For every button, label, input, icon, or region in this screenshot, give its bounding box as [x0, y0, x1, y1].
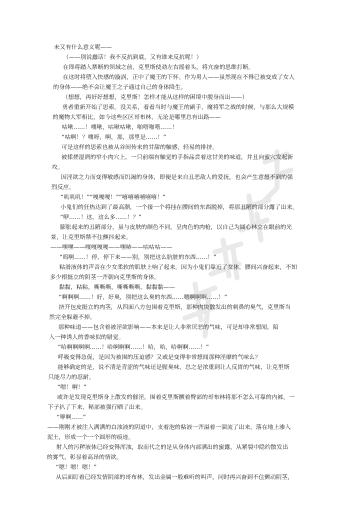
text-line: 咕啾……！噗啾，咕啾咕啾，啪嗒啪嗒……！	[52, 122, 299, 132]
text-line: 的雾气，彰显着高昂的情欲。	[47, 452, 294, 462]
text-line: 射入的污秽液体已经变得浑浊，取而代之的是从身体内部满出的蜜露，从紧裂中隐约散发出	[47, 442, 294, 452]
paragraph: 能够确定的是，说不清是青涩的气味还是腥臭味，总之是浓重到让人反胃的气味，让克里斯…	[48, 362, 295, 382]
text-line: 景，让克里斯禁不住颤抖起来。	[51, 232, 298, 242]
text-line: 从后面盯着已经发情阴部的哥布林，发出金属一般难听的叫声，同时再兴奋到不住颤动阴茎…	[46, 472, 293, 482]
text-line: 在即将踏入禁断的领域之前，克里斯使劲左右摇着头，将亢奋的思维打断。	[53, 62, 300, 72]
text-line: 因淫欲之力而变得敏感而饥渴的身体，即便是来自丑恶敌人的爱抚，也会产生意想不到的强	[52, 172, 299, 182]
text-line: 能够确定的是，说不清是青涩的气味还是腥臭味，总之是浓重到让人反胃的气味，让克里斯	[48, 362, 295, 372]
paragraph: “叽叽叽！”“嘎嘎嘎！”“嘻嘻嘻嘻嘻嘻！”	[51, 192, 298, 202]
text-line: 泥土，形成一个一个圆形的痕迹。	[47, 432, 294, 442]
text-line: 只能尽力的忍耐。	[48, 372, 295, 382]
paragraph: 膨胀起来的丑陋部分，虽与皮肤的颜色不同，呈肉色的肉枪，以自己为圆心林立在眼前的光…	[51, 222, 298, 242]
paragraph: 挤开包皮挺立的肉茎，从四面八方包围着克里斯，那种肉块散发出的刺鼻的臭气，克里斯当…	[49, 302, 296, 322]
paragraph: 呼吸变得急促，是因为被围的压迫感？又或是变得非常想闻那种淫靡的气味么？	[48, 352, 295, 362]
text-line: ——刚刚才被注入满满的白浊液的阴道中，支着泡的粘液一齐溢着一溜流了出来，落在地上…	[47, 422, 294, 432]
text-line: 然完全躲避不掉。	[49, 312, 296, 322]
paragraph: 勇者重新开始了思索。没关系，看看当时与魔王的副手，魔将军之战的时候，与那么大规模…	[53, 102, 300, 122]
text-line: 呼吸变得急促，是因为被围的压迫感？又或是变得非常想闻那种淫靡的气味么？	[48, 352, 295, 362]
paragraph: ——刚刚才被注入满满的白浊液的阴道中，支着泡的粘液一齐溢着一溜流了出来，落在地上…	[47, 422, 294, 442]
paragraph: “咿啊……”	[47, 412, 294, 422]
paragraph: 小鬼们的狂热达到了最高潮，一个接一个将挂在腰间的东西脱掉，将那丑陋的部分露了出来…	[51, 202, 298, 212]
text-line: 在这时将堕入快感的漩涡，正中了魔王的下怀。作为男人——虽然现在不得已被变成了女人	[53, 72, 300, 82]
text-line: 多少根挺立的阴茎一齐朝向克里斯的身体。	[50, 272, 297, 282]
text-line: “咿……！这，这么多……！？”	[51, 212, 298, 222]
paragraph: （——别说蠢话！我不反抗到底，又有谁来反抗呢！）	[54, 52, 301, 62]
text-line: “嗯！啊！”	[48, 382, 295, 392]
text-line: “啊啊啊……！好，好臭，别把这么臭的东西……嗯啊啊啊……！”	[49, 292, 296, 302]
paragraph: 粘滑液体的声音在少女柔软的肌肤上响了起来。因为小鬼们靠近了女体，腰间兴奋起来，不…	[50, 262, 297, 282]
paragraph: “嗯！啊！”	[48, 382, 295, 392]
text-line: “嗯！嗯！嗯！”	[46, 462, 293, 472]
paragraph: 在即将踏入禁断的领域之前，克里斯使劲左右摇着头，将亢奋的思维打断。	[53, 62, 300, 72]
text-line: 的身体——绝不会让魔王之子通过自己的身体降生。	[53, 82, 300, 92]
text-line: 黏黏，粘粘，嘶嘶嘶，嘶嘶嘶嘶，黏黏黏——	[50, 282, 297, 292]
paragraph: “咿……！这，这么多……！？”	[51, 212, 298, 222]
text-line: ——嘿嘿——嘎嘎嘎嘎——嘿哧——咕咕咕——	[50, 242, 297, 252]
text-line: “咕啊！？噗呀，啊，那，那里是……！”	[52, 132, 299, 142]
text-line: 攻。	[52, 162, 299, 172]
paragraph: 从后面盯着已经发情阴部的哥布林，发出金属一般难听的叫声，同时再兴奋到不住颤动阴茎…	[46, 472, 293, 482]
paragraph: 那种味道——包含着被淫欲影响——本来是让人非常厌恶的气味，可是却非常想闻，陷 入…	[49, 322, 296, 342]
text-line: “哈啊啊啊啊……！哈啊啊啊……！哈，哈，哈啊啊……！”	[49, 342, 296, 352]
text-line: 烈反应。	[51, 182, 298, 192]
text-line: “叽叽叽！”“嘎嘎嘎！”“嘻嘻嘻嘻嘻嘻！”	[51, 192, 298, 202]
document-page: 未又有什么意义呢—— （——别说蠢话！我不反抗到底，又有谁来反抗呢！） 在即将踏…	[46, 42, 301, 482]
text-line: 粘滑液体的声音在少女柔软的肌肤上响了起来。因为小鬼们靠近了女体，腰间兴奋起来，不…	[50, 262, 297, 272]
paragraph: 因淫欲之力而变得敏感而饥渴的身体，即便是来自丑恶敌人的爱抚，也会产生意想不到的强…	[51, 172, 298, 192]
text-line: 或许是发现克里斯身上散发的催淫，围着克里斯撅着臀部的哥布林将那不怎么可靠的内裤，…	[48, 392, 295, 402]
text-line: （——别说蠢话！我不反抗到底，又有谁来反抗呢！）	[54, 52, 301, 62]
text-line: 入一种诱人的香味似的错觉。	[49, 332, 296, 342]
paragraph: ——嘿嘿——嘎嘎嘎嘎——嘿哧——咕咕咕——	[50, 242, 297, 252]
text-line: 膨胀起来的丑陋部分，虽与皮肤的颜色不同，呈肉色的肉枪，以自己为圆心林立在眼前的光	[51, 222, 298, 232]
text-line: 勇者重新开始了思索。没关系，看看当时与魔王的副手，魔将军之战的时候，与那么大规模	[53, 102, 300, 112]
text-line: 被揉搓湿润的窄小肉穴上，一只前端有触觉的手指品尝着这甘美的味道，并且向蜜穴发起新	[52, 152, 299, 162]
paragraph: 在这时将堕入快感的漩涡，正中了魔王的下怀。作为男人——虽然现在不得已被变成了女人…	[53, 72, 300, 92]
paragraph: 未又有什么意义呢——	[54, 42, 301, 52]
paragraph: 咕啾……！噗啾，咕啾咕啾，啪嗒啪嗒……！	[52, 122, 299, 132]
text-line: 那种味道——包含着被淫欲影响——本来是让人非常厌恶的气味，可是却非常想闻，陷	[49, 322, 296, 332]
text-line: 可是这样的思索也被从谷间传来的甘甜的触感，轻易的排挤。	[52, 142, 299, 152]
paragraph: “咕啊！？噗呀，啊，那，那里是……！”	[52, 132, 299, 142]
paragraph: 射入的污秽液体已经变得浑浊，取而代之的是从身体内部满出的蜜露，从紧裂中隐约散发出…	[47, 442, 294, 462]
paragraph: “嗯！嗯！嗯！”	[46, 462, 293, 472]
text-line: “咿啊……”	[47, 412, 294, 422]
text-line: 小鬼们的狂热达到了最高潮，一个接一个将挂在腰间的东西脱掉，将那丑陋的部分露了出来…	[51, 202, 298, 212]
paragraph: 或许是发现克里斯身上散发的催淫，围着克里斯撅着臀部的哥布林将那不怎么可靠的内裤，…	[48, 392, 295, 412]
text-line: “呜啊……！停，停下来——别，别把这么肮脏的东西……！”	[50, 252, 297, 262]
text-line: 挤开包皮挺立的肉茎，从四面八方包围着克里斯，那种肉块散发出的刺鼻的臭气，克里斯当	[49, 302, 296, 312]
paragraph: “哈啊啊啊啊……！哈啊啊啊……！哈，哈，哈啊啊……！”	[49, 342, 296, 352]
paragraph: 可是这样的思索也被从谷间传来的甘甜的触感，轻易的排挤。	[52, 142, 299, 152]
text-line: 未又有什么意义呢——	[54, 42, 301, 52]
paragraph: “啊啊啊……！好，好臭，别把这么臭的东西……嗯啊啊啊……！”	[49, 292, 296, 302]
text-line: 下子扒了下来，秘部被强行晒了出来。	[48, 402, 295, 412]
paragraph: “呜啊……！停，停下来——别，别把这么肮脏的东西……！”	[50, 252, 297, 262]
text-line: （想想，再好好想想，克里斯！怎样才能从这样的困境中脱身而出——）	[53, 92, 300, 102]
text-line: 的魔物大军相比，如今这些区区哥布林，无论是哪里总有出路——	[53, 112, 300, 122]
paragraph: 黏黏，粘粘，嘶嘶嘶，嘶嘶嘶嘶，黏黏黏——	[50, 282, 297, 292]
paragraph: 被揉搓湿润的窄小肉穴上，一只前端有触觉的手指品尝着这甘美的味道，并且向蜜穴发起新…	[52, 152, 299, 172]
paragraph: （想想，再好好想想，克里斯！怎样才能从这样的困境中脱身而出——）	[53, 92, 300, 102]
